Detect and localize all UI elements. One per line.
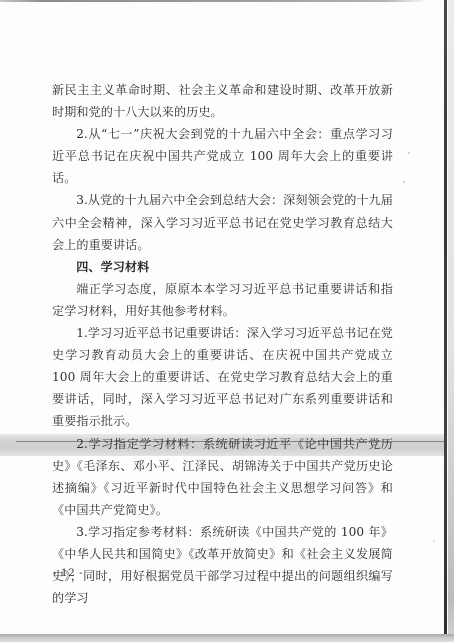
paragraph: 3.从党的十九届六中全会到总结大会：深刻领会党的十九届六中全会精神，深入学习习近…	[52, 189, 393, 255]
scan-top-edge-line	[0, 0, 428, 2]
section-heading: 四、学习材料	[52, 256, 393, 278]
text-column: 新民主主义革命时期、社会主义革命和建设时期、改革开放新时期和党的十八大以来的历史…	[52, 79, 393, 609]
scan-right-margin-shade	[448, 0, 454, 642]
paragraph: 2.从“七一”庆祝大会到党的十九届六中全会：重点学习习近平总书记在庆祝中国共产党…	[52, 123, 393, 189]
paragraph: 3.学习指定参考材料：系统研读《中国共产党的 100 年》《中华人民共和国简史》…	[52, 521, 393, 609]
paragraph: 新民主主义革命时期、社会主义革命和建设时期、改革开放新时期和党的十八大以来的历史…	[52, 79, 393, 123]
page-number: - 12 -	[53, 567, 83, 579]
paragraph: 端正学习态度，原原本本学习习近平总书记重要讲话和指定学习材料，用好其他参考材料。	[52, 278, 393, 322]
scan-speck	[433, 540, 435, 542]
scan-bottom-edge-shade	[0, 634, 454, 642]
scan-right-edge-line	[444, 0, 447, 636]
scanned-document-page: 新民主主义革命时期、社会主义革命和建设时期、改革开放新时期和党的十八大以来的历史…	[0, 0, 454, 642]
paragraph: 1.学习习近平总书记重要讲话：深入学习习近平总书记在党史学习教育动员大会上的重要…	[52, 322, 393, 432]
scan-speck	[403, 181, 405, 183]
paragraph: 2.学习指定学习材料：系统研读习近平《论中国共产党历史》《毛泽东、邓小平、江泽民…	[52, 433, 393, 521]
scan-speck	[408, 152, 410, 154]
